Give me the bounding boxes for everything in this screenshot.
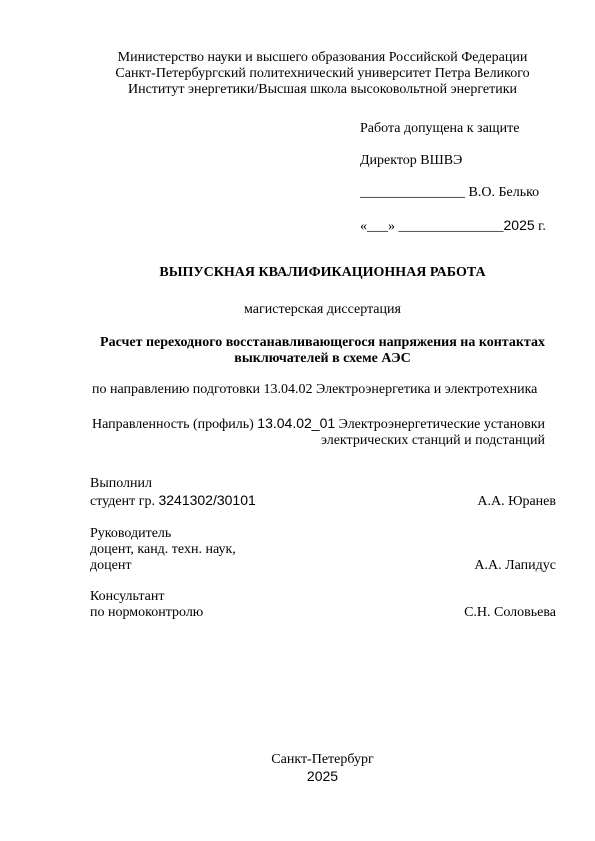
supervisor-role-block: Руководитель доцент, канд. техн. наук, д… — [90, 526, 236, 574]
profile-name-part1: Электроэнергетические установки — [335, 417, 545, 432]
supervisor-detail-2: доцент — [90, 558, 236, 574]
work-kind-subtitle: магистерская диссертация — [90, 302, 555, 318]
footer-year: 2025 — [90, 768, 555, 784]
consultant-row: Консультант по нормоконтролю С.Н. Соловь… — [90, 589, 556, 621]
supervisor-detail-1: доцент, канд. техн. наук, — [90, 542, 236, 558]
profile-line-1: Направленность (профиль) 13.04.02_01 Эле… — [92, 415, 545, 433]
date-year-suffix: г. — [535, 219, 546, 234]
date-year: 2025 — [504, 217, 535, 233]
executor-detail: студент гр. 3241302/30101 — [90, 492, 256, 510]
footer-city: Санкт-Петербург — [90, 752, 555, 768]
consultant-detail: по нормоконтролю — [90, 605, 203, 621]
profile-code: 13.04.02_01 — [257, 415, 335, 431]
approval-signature-line: _______________ В.О. Белько — [360, 185, 546, 201]
supervisor-row: Руководитель доцент, канд. техн. наук, д… — [90, 526, 556, 574]
thesis-title-line-2: выключателей в схеме АЭС — [70, 351, 575, 367]
supervisor-role: Руководитель — [90, 526, 236, 542]
executor-group-prefix: студент гр. — [90, 494, 158, 509]
consultant-name: С.Н. Соловьева — [464, 605, 556, 621]
executor-group-number: 3241302/30101 — [158, 492, 255, 508]
approval-date-line: «___» _______________2025 г. — [360, 217, 546, 235]
thesis-title: Расчет переходного восстанавливающегося … — [70, 335, 575, 367]
executor-role: Выполнил — [90, 476, 256, 492]
supervisor-name: А.А. Лапидус — [474, 558, 556, 574]
approval-block: Работа допущена к защите Директор ВШВЭ _… — [360, 121, 546, 251]
direction-line: по направлению подготовки 13.04.02 Элект… — [92, 382, 555, 398]
header-line-university: Санкт-Петербургский политехнический унив… — [90, 66, 555, 82]
approval-admitted: Работа допущена к защите — [360, 121, 546, 137]
work-type-title: ВЫПУСКНАЯ КВАЛИФИКАЦИОННАЯ РАБОТА — [90, 265, 555, 281]
consultant-role-block: Консультант по нормоконтролю — [90, 589, 203, 621]
executor-name: А.А. Юранев — [477, 494, 556, 510]
signature-blank: _______________ — [360, 185, 469, 200]
consultant-role: Консультант — [90, 589, 203, 605]
profile-block: Направленность (профиль) 13.04.02_01 Эле… — [92, 415, 545, 449]
thesis-title-line-1: Расчет переходного восстанавливающегося … — [70, 335, 575, 351]
footer-block: Санкт-Петербург 2025 — [90, 752, 555, 784]
executor-role-block: Выполнил студент гр. 3241302/30101 — [90, 476, 256, 510]
profile-line-2: электрических станций и подстанций — [92, 433, 545, 449]
ministry-header: Министерство науки и высшего образования… — [90, 50, 555, 98]
thesis-title-page: Министерство науки и высшего образования… — [0, 0, 595, 841]
executor-row: Выполнил студент гр. 3241302/30101 А.А. … — [90, 476, 556, 510]
signature-name: В.О. Белько — [469, 185, 540, 200]
date-blank: _______________ — [399, 219, 504, 234]
date-quote-blank: «___» — [360, 219, 399, 234]
header-line-ministry: Министерство науки и высшего образования… — [90, 50, 555, 66]
header-line-institute: Институт энергетики/Высшая школа высоков… — [90, 82, 555, 98]
profile-prefix: Направленность (профиль) — [92, 417, 257, 432]
approval-director-title: Директор ВШВЭ — [360, 153, 546, 169]
